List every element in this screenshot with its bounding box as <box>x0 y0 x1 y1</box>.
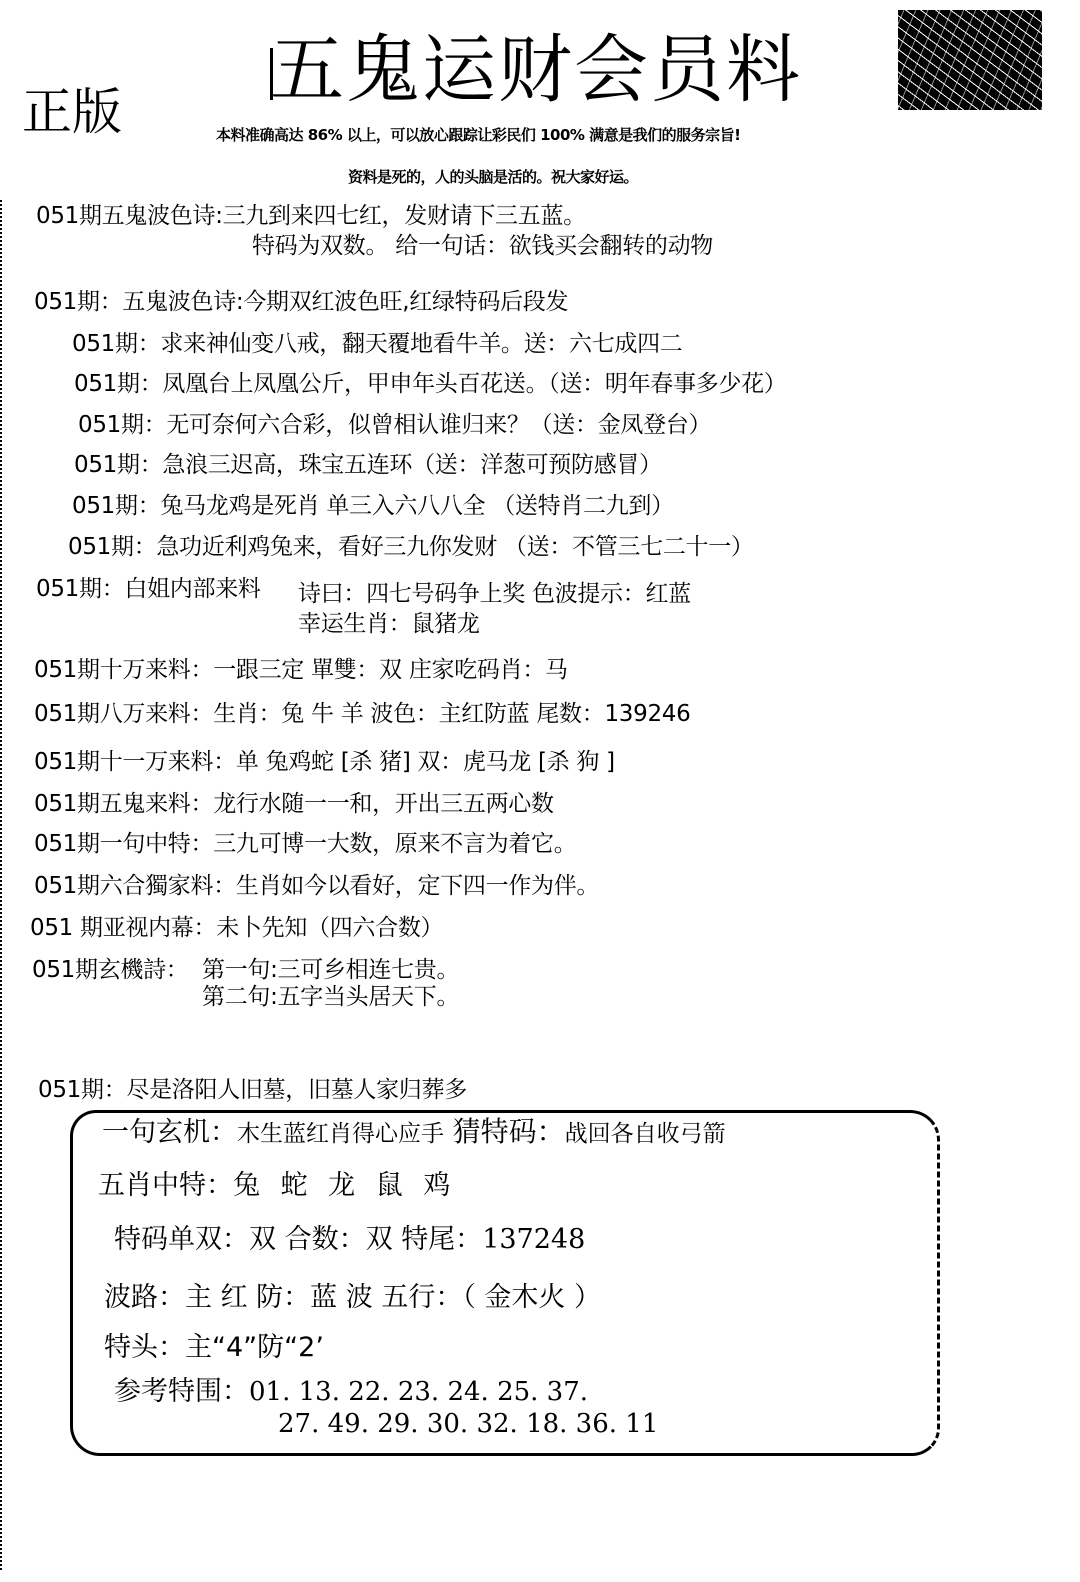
entry-17-line2: 第二句:五字当头居天下。 <box>202 983 459 1011</box>
entry-prefix: 051期十一万来料： <box>34 749 236 775</box>
entry-16: 051 期亚视内幕：未卜先知（四六合数） <box>30 914 443 942</box>
guess-value: 战回各自收弓箭 <box>565 1121 726 1147</box>
entry-6: 051期：急浪三迟高，珠宝五连环（送：洋葱可预防感冒） <box>74 451 662 479</box>
ref-row: 参考特围：01. 13. 22. 23. 24. 25. 37. <box>114 1376 588 1408</box>
entry-9: 051期：白姐内部来料 <box>36 575 261 603</box>
entry-text: 兔马龙鸡是死肖 单三入六八八全 （送特肖二九到） <box>160 493 673 519</box>
entry-prefix: 051期： <box>72 493 160 519</box>
entry-prefix: 051期一句中特： <box>34 831 213 857</box>
entry-13: 051期五鬼来料：龙行水随一一和，开出三五两心数 <box>34 790 554 818</box>
entry-text: 今期双红波色旺,红绿特码后段发 <box>243 289 568 315</box>
entry-2: 051期：五鬼波色诗:今期双红波色旺,红绿特码后段发 <box>34 288 568 316</box>
wave-label: 波路： <box>104 1282 185 1313</box>
entry-18: 051期：尽是洛阳人旧墓，旧墓人家归葬多 <box>38 1076 467 1104</box>
entry-7: 051期：兔马龙鸡是死肖 单三入六八八全 （送特肖二九到） <box>72 492 674 520</box>
head-label: 特头： <box>104 1332 185 1363</box>
entry-prefix: 051期八万来料： <box>34 701 213 727</box>
entry-text: 尽是洛阳人旧墓，旧墓人家归葬多 <box>126 1077 467 1103</box>
entry-prefix: 051期： <box>74 371 162 397</box>
entry-4: 051期：凤凰台上凤凰公斤，甲申年头百花送。（送：明年春事多少花） <box>74 370 787 398</box>
tail-value: 137248 <box>482 1224 585 1255</box>
ref-line-1: 01. 13. 22. 23. 24. 25. 37. <box>249 1377 588 1407</box>
entry-prefix: 051期：白姐内部来料 <box>36 576 261 602</box>
entry-prefix: 051期： <box>72 331 160 357</box>
entry-text: 生肖如今以看好，定下四一作为伴。 <box>236 873 599 899</box>
entry-5: 051期：无可奈何六合彩，似曾相认谁归来？（送：金凤登台） <box>78 411 711 439</box>
entry-text: 凤凰台上凤凰公斤，甲申年头百花送。（送：明年春事多少花） <box>162 371 786 397</box>
tail-label: 特尾： <box>401 1224 482 1255</box>
odd-even-label: 特码单双： <box>114 1224 249 1255</box>
subtitle-luck: 资料是死的，人的头脑是活的。祝大家好运。 <box>348 166 638 187</box>
entry-prefix: 051 期亚视内幕： <box>30 915 216 941</box>
sum-label: 合数： <box>285 1224 366 1255</box>
head-row: 特头：主“4”防“2’ <box>104 1332 324 1364</box>
elements-value: （ 金木火 ） <box>462 1282 601 1313</box>
entry-3: 051期：求来神仙变八戒，翻天覆地看牛羊。送：六七成四二 <box>72 330 683 358</box>
entry-prefix: 051期五鬼波色诗: <box>36 203 223 229</box>
entry-text: 一跟三定 單雙：双 庄家吃码肖：马 <box>213 657 568 683</box>
entry-17-line1: 第一句:三可乡相连七贵。 <box>202 956 459 984</box>
head-value: 主“4”防“2’ <box>185 1332 324 1363</box>
entry-prefix: 051期：五鬼波色诗: <box>34 289 243 315</box>
entry-text: 急功近利鸡兔来，看好三九你发财 （送：不管三七二十一） <box>156 534 753 560</box>
entry-prefix: 051期十万来料： <box>34 657 213 683</box>
entry-text: 三九到来四七红，发财请下三五蓝。 <box>223 203 586 229</box>
wave-value: 主 红 防：蓝 波 <box>185 1282 373 1313</box>
five-zodiac-value: 兔 蛇 龙 鼠 鸡 <box>233 1170 456 1201</box>
odd-even-row: 特码单双：双 合数：双 特尾：137248 <box>114 1224 585 1256</box>
entry-text: 未卜先知（四六合数） <box>216 915 443 941</box>
entry-prefix: 051期： <box>68 534 156 560</box>
scan-edge-artifact <box>0 200 12 1570</box>
sum-value: 双 <box>366 1224 393 1255</box>
riddle-label: 一句玄机： <box>102 1117 237 1148</box>
entry-text: 求来神仙变八戒，翻天覆地看牛羊。送：六七成四二 <box>160 331 682 357</box>
entry-14: 051期一句中特：三九可博一大数，原来不言为着它。 <box>34 830 576 858</box>
entry-17: 051期玄機詩： <box>32 956 189 984</box>
entry-9-poem: 诗曰：四七号码争上奖 色波提示：红蓝 <box>298 580 691 608</box>
entry-prefix: 051期： <box>38 1077 126 1103</box>
entry-8: 051期：急功近利鸡兔来，看好三九你发财 （送：不管三七二十一） <box>68 533 754 561</box>
entry-12: 051期十一万来料：单 兔鸡蛇 [杀 猪] 双：虎马龙 [杀 狗 ] <box>34 748 615 776</box>
odd-even-value: 双 <box>249 1224 276 1255</box>
entry-text: 生肖：兔 牛 羊 波色：主红防蓝 尾数：139246 <box>213 701 690 727</box>
entry-15: 051期六合獨家料：生肖如今以看好，定下四一作为伴。 <box>34 872 599 900</box>
entry-text: 三九可博一大数，原来不言为着它。 <box>213 831 576 857</box>
entry-prefix: 051期玄機詩： <box>32 957 189 983</box>
entry-prefix: 051期： <box>78 412 166 438</box>
five-zodiac-label: 五肖中特： <box>98 1170 233 1201</box>
riddle-row: 一句玄机：木生蓝红肖得心应手 猜特码：战回各自收弓箭 <box>102 1116 726 1150</box>
qr-code-noise <box>898 10 1042 110</box>
wave-row: 波路：主 红 防：蓝 波 五行：（ 金木火 ） <box>104 1282 601 1314</box>
entry-1-line2: 特码为双数。 给一句话：欲钱买会翻转的动物 <box>252 232 713 260</box>
authentic-badge: 正版 <box>22 82 122 142</box>
entry-prefix: 051期： <box>74 452 162 478</box>
riddle-value: 木生蓝红肖得心应手 <box>237 1121 444 1147</box>
entry-text: 急浪三迟高，珠宝五连环（送：洋葱可预防感冒） <box>162 452 661 478</box>
page-title: 五鬼运财会员料 <box>270 30 802 110</box>
entry-text: 龙行水随一一和，开出三五两心数 <box>213 791 554 817</box>
entry-9-lucky-zodiac: 幸运生肖：鼠猪龙 <box>298 610 480 638</box>
elements-label: 五行： <box>381 1282 462 1313</box>
entry-text: 无可奈何六合彩，似曾相认谁归来？（送：金凤登台） <box>166 412 711 438</box>
five-zodiac-row: 五肖中特：兔 蛇 龙 鼠 鸡 <box>98 1170 456 1202</box>
entry-10: 051期十万来料：一跟三定 單雙：双 庄家吃码肖：马 <box>34 656 568 684</box>
entry-1: 051期五鬼波色诗:三九到来四七红，发财请下三五蓝。 <box>36 202 586 230</box>
ref-line-2: 27. 49. 29. 30. 32. 18. 36. 11 <box>278 1408 658 1440</box>
entry-11: 051期八万来料：生肖：兔 牛 羊 波色：主红防蓝 尾数：139246 <box>34 700 690 728</box>
subtitle-accuracy: 本料准确高达 86% 以上，可以放心跟踪让彩民们 100% 满意是我们的服务宗旨… <box>216 124 740 145</box>
entry-prefix: 051期五鬼来料： <box>34 791 213 817</box>
entry-prefix: 051期六合獨家料： <box>34 873 236 899</box>
guess-label: 猜特码： <box>453 1115 565 1148</box>
ref-label: 参考特围： <box>114 1376 249 1407</box>
entry-text: 单 兔鸡蛇 [杀 猪] 双：虎马龙 [杀 狗 ] <box>236 749 615 775</box>
